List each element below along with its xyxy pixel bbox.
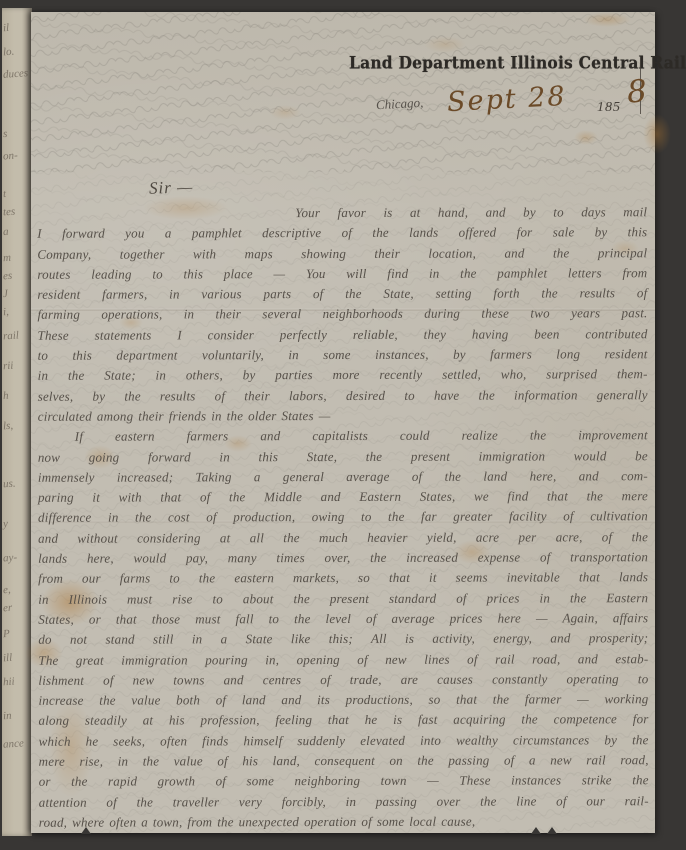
- letter-line: Your favor is at hand, and by to days ma…: [295, 202, 647, 223]
- letter-line: These statements I consider perfectly re…: [37, 324, 647, 346]
- margin-fragment: s: [3, 128, 8, 140]
- paper-edge-notch: [531, 827, 541, 834]
- letter-line: lands here, would pay, many times over, …: [38, 547, 648, 569]
- letter-line: do not stand still in a State like this;…: [38, 628, 648, 650]
- margin-fragment: rail: [3, 329, 20, 342]
- letter-line: or the rapid growth of some neighboring …: [39, 771, 649, 793]
- margin-fragment: lo.: [3, 46, 15, 59]
- margin-fragment: on-: [3, 150, 18, 163]
- handwritten-year-digit: 8: [626, 73, 648, 110]
- letter-line: routes leading to this place — You will …: [37, 263, 647, 285]
- letter-line: farming operations, in their several nei…: [37, 304, 647, 326]
- letter-line: Company, together with maps showing thei…: [37, 243, 647, 265]
- foxing-stain: [574, 130, 598, 145]
- margin-fragment: rii: [3, 360, 14, 373]
- handwritten-date: Sept 28: [446, 81, 567, 118]
- margin-fragment: il: [3, 22, 10, 34]
- photo-background: illo.ducesson-ttesamesJi,railriihls,us.y…: [0, 0, 686, 850]
- adjacent-page-edge: illo.ducesson-ttesamesJi,railriihls,us.y…: [2, 8, 32, 836]
- letter-line: difference in the cost of production, ow…: [38, 507, 648, 529]
- printed-year: 185: [597, 100, 621, 116]
- letterhead-title: Land Department Illinois Central Railroa…: [349, 52, 669, 73]
- letter-line: from our farms to the eastern markets, s…: [38, 568, 648, 590]
- letter-line: mere rise, in the value of his land, con…: [39, 750, 649, 772]
- foxing-stain: [583, 12, 631, 27]
- place-name: Chicago,: [376, 95, 424, 113]
- letter-line: selves, by the results of their labors, …: [38, 385, 648, 407]
- margin-fragment: hii: [3, 676, 15, 689]
- margin-fragment: er: [3, 602, 13, 615]
- margin-fragment: e,: [3, 584, 11, 597]
- margin-fragment: a: [3, 226, 9, 238]
- margin-fragment: ill: [3, 652, 13, 665]
- letter-line: If eastern farmers and capitalists could…: [75, 425, 648, 447]
- margin-fragment: tes: [3, 206, 16, 219]
- letter-line: and without considering at all the much …: [38, 527, 648, 549]
- letter-line: road, where often a town, from the unexp…: [39, 811, 649, 833]
- letter-line: States, or that those must fall to the l…: [38, 608, 648, 630]
- margin-fragment: y: [3, 518, 9, 530]
- margin-fragment: duces: [3, 67, 29, 81]
- letter-line: resident farmers, in various parts of th…: [37, 283, 647, 305]
- margin-fragment: ls,: [3, 420, 14, 433]
- foxing-stain: [643, 114, 671, 154]
- margin-fragment: m: [3, 252, 12, 265]
- letter-line: attention of the traveller very forcibly…: [39, 791, 649, 813]
- margin-fragment: h: [3, 390, 9, 402]
- margin-fragment: t: [3, 188, 7, 200]
- letter-line: in Illinois must rise to about the prese…: [38, 588, 648, 610]
- letter-line: along steadily at his profession, feelin…: [39, 710, 649, 732]
- letter-line: immensely increased; Taking a general av…: [38, 466, 648, 488]
- letter-body: Your favor is at hand, and by to days ma…: [37, 202, 649, 833]
- letter-line: paring it with that of the Middle and Ea…: [38, 486, 648, 508]
- letter-line: to this department voluntarily, in some …: [38, 344, 648, 366]
- paper-edge-notch: [81, 827, 91, 834]
- letter-line: in the State; in others, by parties more…: [38, 365, 648, 387]
- letter-line: lishment of new towns and centres of tra…: [38, 669, 648, 691]
- margin-fragment: P: [3, 628, 11, 640]
- margin-fragment: ay-: [3, 552, 18, 565]
- letter-line: circulated among their friends in the ol…: [38, 405, 648, 427]
- letter-line: which he seeks, often finds himself sudd…: [39, 730, 649, 752]
- margin-fragment: es: [3, 270, 13, 283]
- letter-line: now going forward in this State, the pre…: [38, 446, 648, 468]
- letter-line: I forward you a pamphlet descriptive of …: [37, 222, 647, 244]
- foxing-stain: [269, 105, 301, 120]
- letter-page: Land Department Illinois Central Railroa…: [31, 12, 655, 833]
- margin-fragment: ance: [3, 737, 25, 750]
- foxing-stain: [424, 36, 466, 53]
- salutation: Sir —: [149, 177, 194, 199]
- letter-line: The great immigration pouring in, openin…: [38, 649, 648, 671]
- margin-fragment: us.: [3, 478, 16, 491]
- margin-fragment: J: [3, 288, 9, 300]
- margin-fragment: in: [3, 710, 12, 723]
- letter-line: increase the value both of land and its …: [38, 689, 648, 711]
- paper-edge-notch: [547, 827, 557, 834]
- margin-fragment: i,: [3, 306, 10, 318]
